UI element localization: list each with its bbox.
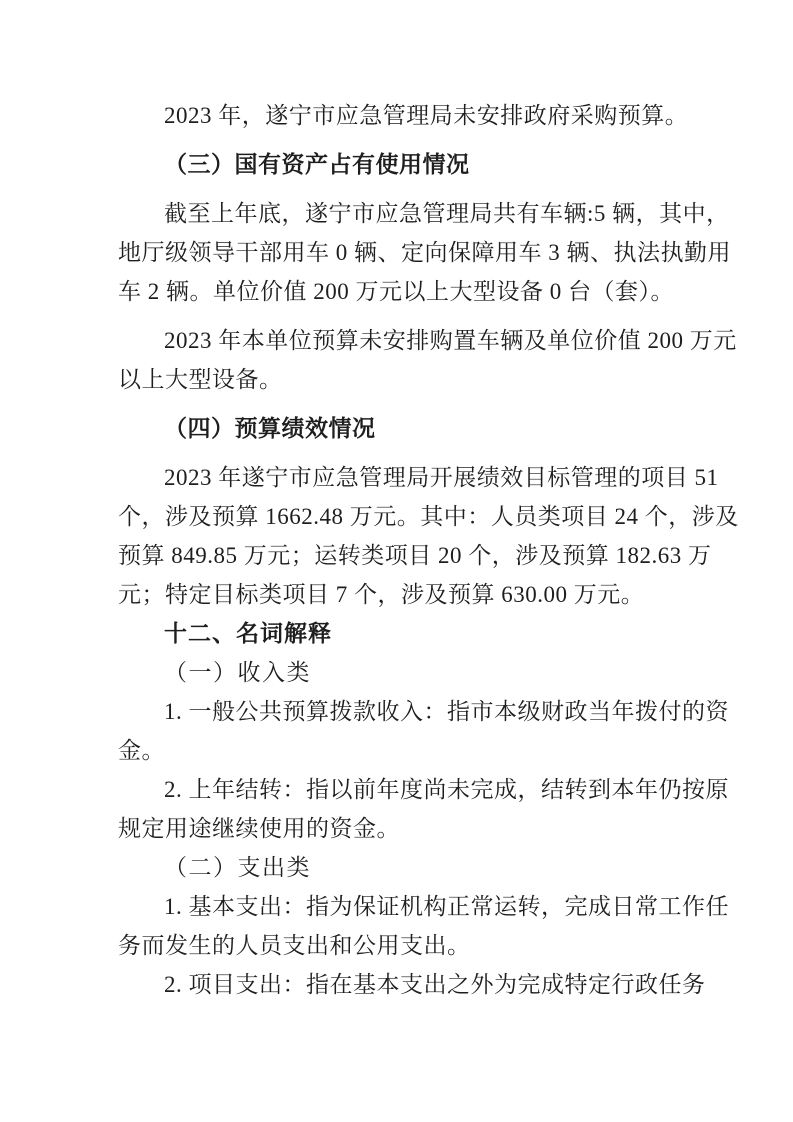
- heading-glossary: 十二、名词解释: [118, 614, 743, 653]
- para-no-new-purchases: 2023 年本单位预算未安排购置车辆及单位价值 200 万元以上大型设备。: [118, 321, 743, 399]
- para-general-budget-allocation: 1. 一般公共预算拨款收入：指市本级财政当年拨付的资金。: [118, 692, 743, 770]
- subheading-expenditure-category: （二）支出类: [118, 848, 743, 887]
- para-performance-targets: 2023 年遂宁市应急管理局开展绩效目标管理的项目 51 个，涉及预算 1662…: [118, 458, 743, 614]
- para-project-expenditure: 2. 项目支出：指在基本支出之外为完成特定行政任务: [118, 965, 743, 1004]
- para-vehicles-equipment: 截至上年底，遂宁市应急管理局共有车辆:5 辆，其中，地厅级领导干部用车 0 辆、…: [118, 194, 743, 311]
- subheading-income-category: （一）收入类: [118, 653, 743, 692]
- document-page: 2023 年，遂宁市应急管理局未安排政府采购预算。 （三）国有资产占有使用情况 …: [0, 0, 793, 1122]
- para-basic-expenditure: 1. 基本支出：指为保证机构正常运转，完成日常工作任务而发生的人员支出和公用支出…: [118, 887, 743, 965]
- para-carryover-funds: 2. 上年结转：指以前年度尚未完成，结转到本年仍按原规定用途继续使用的资金。: [118, 770, 743, 848]
- heading-budget-performance: （四）预算绩效情况: [118, 409, 743, 448]
- heading-state-assets-usage: （三）国有资产占有使用情况: [118, 145, 743, 184]
- para-procurement-budget: 2023 年，遂宁市应急管理局未安排政府采购预算。: [118, 96, 743, 135]
